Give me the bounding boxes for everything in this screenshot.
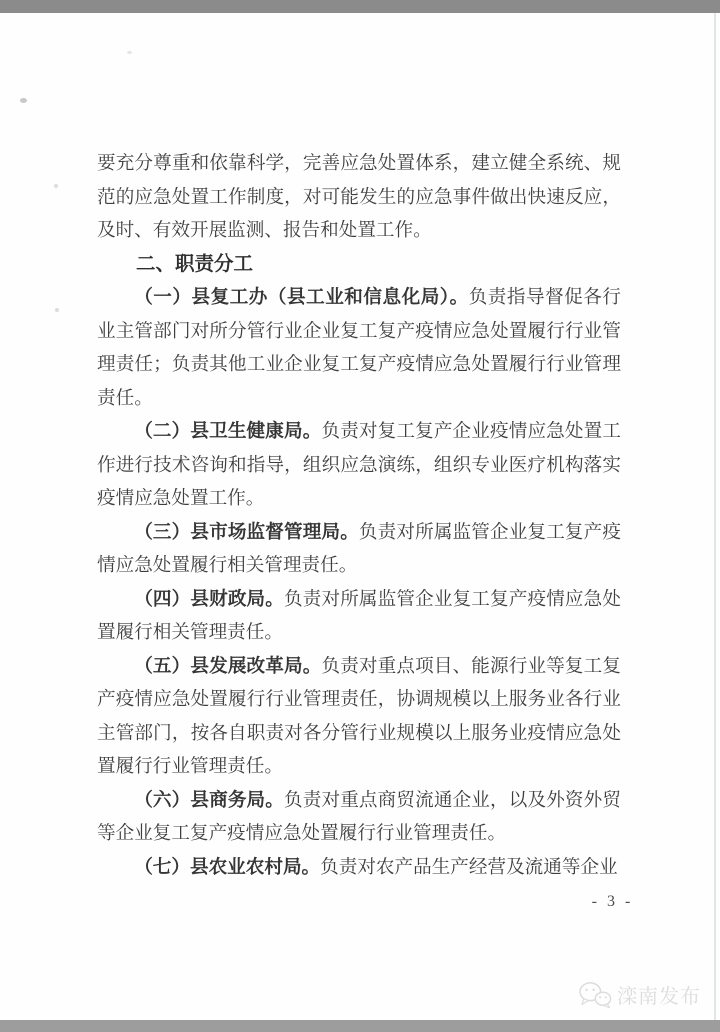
duty-item-1: （一）县复工办（县工业和信息化局）。负责指导督促各行业主管部门对所分管行业企业复… <box>97 281 621 415</box>
duty-item-5: （五）县发展改革局。负责对重点项目、能源行业等复工复产疫情应急处置履行行业管理责… <box>97 650 621 784</box>
duty-item-6-department: （六）县商务局。 <box>134 790 284 811</box>
duty-item-2: （二）县卫生健康局。负责对复工复产企业疫情应急处置工作进行技术咨询和指导，组织应… <box>97 415 621 516</box>
scan-top-edge <box>0 0 720 13</box>
duty-item-2-department: （二）县卫生健康局。 <box>134 421 321 442</box>
scan-speck <box>54 184 58 188</box>
scan-bottom-edge <box>0 1020 720 1032</box>
duty-item-7-text: 负责对农产品生产经营及流通等企业 <box>320 857 618 878</box>
publisher-watermark: 滦南发布 <box>578 980 701 1009</box>
duty-item-6: （六）县商务局。负责对重点商贸流通企业，以及外资外贸等企业复工复产疫情应急处置履… <box>97 784 621 851</box>
duty-item-1-department: （一）县复工办（县工业和信息化局）。 <box>134 287 469 308</box>
wechat-bubbles-icon <box>578 981 612 1009</box>
page-number: - 3 - <box>575 893 650 911</box>
duty-item-7-department: （七）县农业农村局。 <box>134 857 320 878</box>
scan-speck <box>55 308 59 312</box>
page-scan-edge-line <box>714 13 716 1020</box>
section-heading: 二、职责分工 <box>97 248 621 282</box>
scanned-document-page: 要充分尊重和依靠科学，完善应急处置体系，建立健全系统、规范的应急处置工作制度，对… <box>0 0 720 1032</box>
duty-item-3-department: （三）县市场监督管理局。 <box>134 522 359 543</box>
scan-speck <box>20 98 27 103</box>
duty-item-3: （三）县市场监督管理局。负责对所属监管企业复工复产疫情应急处置履行相关管理责任。 <box>97 516 621 583</box>
duty-item-7: （七）县农业农村局。负责对农产品生产经营及流通等企业 <box>97 851 621 885</box>
document-body: 要充分尊重和依靠科学，完善应急处置体系，建立健全系统、规范的应急处置工作制度，对… <box>97 147 621 884</box>
intro-paragraph: 要充分尊重和依靠科学，完善应急处置体系，建立健全系统、规范的应急处置工作制度，对… <box>97 147 621 248</box>
duty-item-4-department: （四）县财政局。 <box>134 589 284 610</box>
scan-speck <box>127 51 132 54</box>
duty-item-5-department: （五）县发展改革局。 <box>134 656 321 677</box>
publisher-watermark-label: 滦南发布 <box>617 980 701 1009</box>
duty-item-4: （四）县财政局。负责对所属监管企业复工复产疫情应急处置履行相关管理责任。 <box>97 583 621 650</box>
